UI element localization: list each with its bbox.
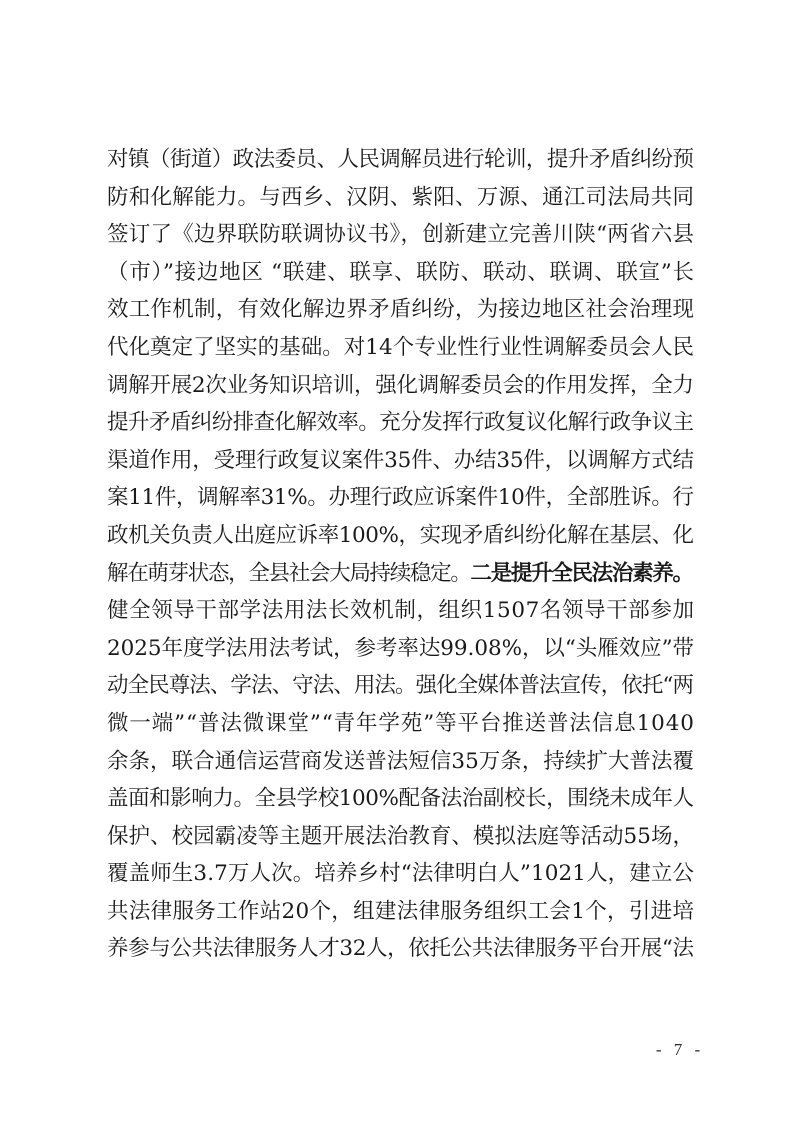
text-line: 案11件，调解率31%。办理行政应诉案件10件，全部胜诉。行 (107, 479, 724, 517)
text-line: 提升矛盾纠纷排查化解效率。充分发挥行政复议化解行政争议主 (107, 404, 724, 442)
text-line: 覆盖师生3.7万人次。培养乡村“法律明白人”1021人，建立公 (107, 855, 724, 893)
section-heading-inline: 二是提升全民法治素养。 (471, 561, 693, 586)
text-line: 政机关负责人出庭应诉率100%，实现矛盾纠纷化解在基层、化 (107, 517, 724, 555)
text-line: 防和化解能力。与西乡、汉阴、紫阳、万源、通江司法局共同 (107, 179, 724, 217)
text-line: （市）”接边地区 “联建、联享、联防、联动、联调、联宣”长 (107, 254, 724, 292)
text-line: 动全民尊法、学法、守法、用法。强化全媒体普法宣传，依托“两 (107, 667, 724, 705)
text-line: 对镇（街道）政法委员、人民调解员进行轮训，提升矛盾纠纷预 (107, 141, 724, 179)
text-line-with-heading: 解在萌芽状态，全县社会大局持续稳定。二是提升全民法治素养。 (107, 555, 724, 593)
text-line: 效工作机制，有效化解边界矛盾纠纷，为接边地区社会治理现 (107, 291, 724, 329)
text-line: 余条，联合通信运营商发送普法短信35万条，持续扩大普法覆 (107, 743, 724, 781)
text-line: 盖面和影响力。全县学校100%配备法治副校长，围绕未成年人 (107, 780, 724, 818)
page-number: - 7 - (645, 1040, 715, 1060)
text-line: 调解开展2次业务知识培训，强化调解委员会的作用发挥，全力 (107, 367, 724, 405)
text-line: 共法律服务工作站20个，组建法律服务组织工会1个，引进培 (107, 893, 724, 931)
text-line: 签订了《边界联防联调协议书》，创新建立完善川陕“两省六县 (107, 216, 724, 254)
text-line: 2025年度学法用法考试，参考率达99.08%，以“头雁效应”带 (107, 630, 724, 668)
text-line: 健全领导干部学法用法长效机制，组织1507名领导干部参加 (107, 592, 724, 630)
text-line: 渠道作用，受理行政复议案件35件、办结35件，以调解方式结 (107, 442, 724, 480)
text-line: 微一端”“普法微课堂”“青年学苑”等平台推送普法信息1040 (107, 705, 724, 743)
text-line: 代化奠定了坚实的基础。对14个专业性行业性调解委员会人民 (107, 329, 724, 367)
text-line: 养参与公共法律服务人才32人，依托公共法律服务平台开展“法 (107, 930, 724, 968)
text-line: 保护、校园霸凌等主题开展法治教育、模拟法庭等活动55场， (107, 818, 724, 856)
document-page: 对镇（街道）政法委员、人民调解员进行轮训，提升矛盾纠纷预 防和化解能力。与西乡、… (0, 0, 793, 1121)
text-segment: 解在萌芽状态，全县社会大局持续稳定。 (107, 561, 471, 586)
body-text: 对镇（街道）政法委员、人民调解员进行轮训，提升矛盾纠纷预 防和化解能力。与西乡、… (107, 141, 694, 968)
